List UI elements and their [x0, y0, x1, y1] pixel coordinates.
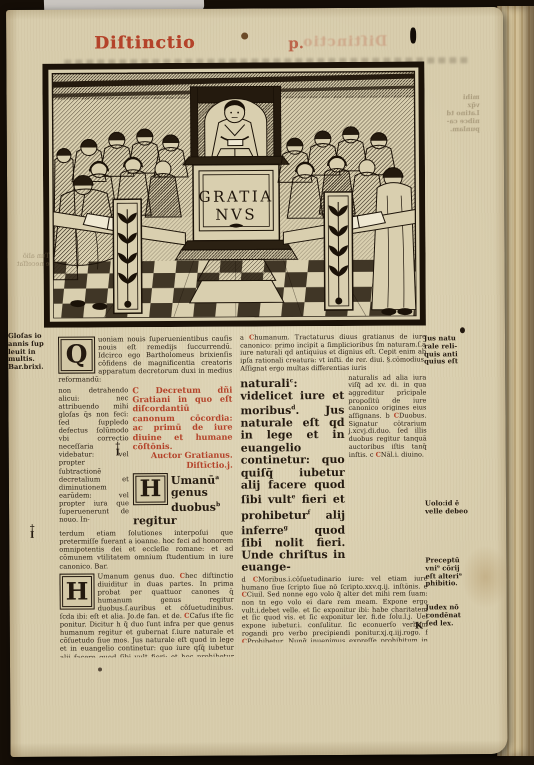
printers-cross-mark: †I [27, 526, 37, 540]
ink-blot [410, 27, 416, 43]
rubric-decretum-title: C Decretum dñi Gratiani in quo eſt diſco… [132, 385, 232, 451]
ornamental-pilaster-left [113, 199, 142, 313]
pedestal-inscription-line2: NVS [215, 205, 257, 223]
marginal-note-glosas: Gloſas io annis ſup leuit in multis. Bar… [8, 333, 54, 372]
photographed-book-page: Diſtinctio p. Diſtinctio [0, 0, 534, 765]
show-through-text-right: mihivq̄z Latino tdnibce ca- punlam. [428, 93, 480, 133]
rubric-auctor: Auctor Gratianus. Diſtīctio.j. [133, 451, 233, 470]
gloss-side-notes: naturalis ad alia iura viſq̄ ad xv. di. … [348, 374, 427, 574]
gloss-d-to-g: d CMoribus.i.cōſuetudinario iure: vel et… [241, 575, 427, 642]
marginal-note-volo: Uolo:id ēvelle debeo [425, 500, 479, 516]
pedestal-inscription-line1: GRATIA [199, 187, 274, 205]
running-header: Diſtinctio [94, 33, 195, 54]
gloss-preface-continued: non detrahendo alicui: nec attribuendo m… [58, 386, 129, 528]
ink-spot [241, 33, 248, 40]
gloss-humanum-genus-duo: HUmanum genus duo. Chec diſtinctio diuid… [59, 571, 234, 657]
woodcut-initial-H2: H [59, 573, 94, 609]
right-text-column: a Chumanum. Tractaturus diuus gratianus … [240, 333, 428, 642]
signature-mark: K [402, 621, 436, 631]
ink-speck [460, 327, 465, 333]
running-header-offset-ghost: Diſtinctio [302, 34, 387, 51]
left-text-column: Quoniam nouis ſuperuenientibus cauſis no… [58, 335, 234, 658]
incipit-humanum-genus: HUmanūa genus duobusb regitur [133, 472, 233, 528]
marginal-note-jus-naturale: Jus naturale reli- quis antiquius eſt [424, 335, 478, 367]
marginal-note-preceptum: Preceptūvni⁹ cōrij eſt alteri⁹phibitio. [425, 557, 479, 589]
woodcut-illustration: GRATIA NVS [42, 61, 426, 327]
page: Diſtinctio p. Diſtinctio [6, 7, 508, 757]
ornamental-pilaster-right [324, 192, 353, 310]
woodcut-initial-H: H [133, 473, 168, 505]
decretum-main-text: naturalic: videlicet iure et moribusd. J… [240, 374, 345, 574]
gloss-a-humanum: a Chumanum. Tractaturus diuus gratianus … [240, 333, 426, 373]
show-through-text-left: Tun aliōe neceſſat [7, 252, 49, 268]
gloss-preface: Quoniam nouis ſuperuenientibus cauſis no… [58, 335, 232, 385]
paper-speck [98, 667, 102, 671]
gloss-preface-end: terdum etiam ſolutiones interpoſui que p… [59, 529, 233, 571]
woodcut-initial-Q: Q [58, 336, 95, 373]
